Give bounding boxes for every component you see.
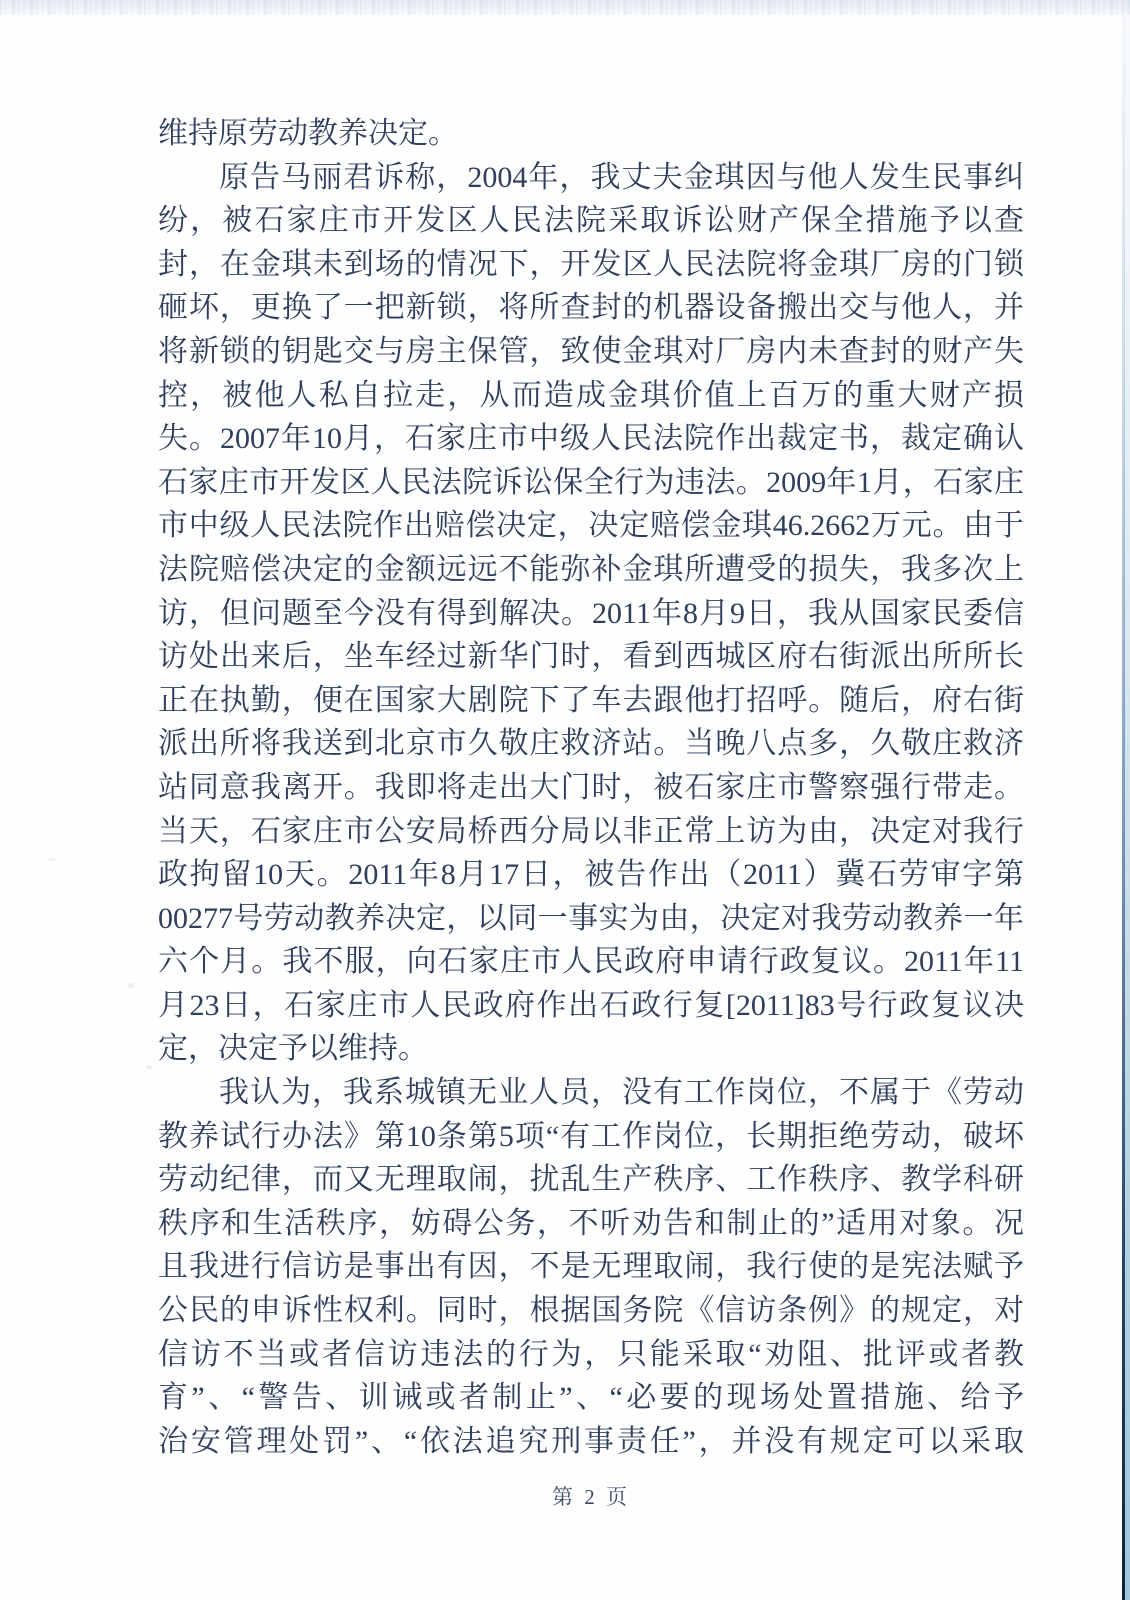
text-line: 月23日，石家庄市人民政府作出石政行复[2011]83号行政复议决: [158, 984, 1024, 1028]
text-line: 访，但问题至今没有得到解决。2011年8月9日，我从国家民委信: [158, 592, 1024, 636]
text-line: 纷，被石家庄市开发区人民法院采取诉讼财产保全措施予以查: [158, 199, 1024, 243]
text-line: 访处出来后，坐车经过新华门时，看到西城区府右街派出所所长: [158, 635, 1024, 679]
text-line: 站同意我离开。我即将走出大门时，被石家庄市警察强行带走。: [158, 766, 1024, 810]
scan-speck: [48, 858, 57, 861]
document-page: 维持原劳动教养决定。原告马丽君诉称，2004年，我丈夫金琪因与他人发生民事纠纷，…: [0, 0, 1130, 1600]
text-line: 石家庄市开发区人民法院诉讼保全行为违法。2009年1月，石家庄: [158, 461, 1024, 505]
text-line: 失。2007年10月，石家庄市中级人民法院作出裁定书，裁定确认: [158, 417, 1024, 461]
text-line: 00277号劳动教养决定，以同一事实为由，决定对我劳动教养一年: [158, 897, 1024, 941]
text-line: 六个月。我不服，向石家庄市人民政府申请行政复议。2011年11: [158, 940, 1024, 984]
text-line: 育”、“警告、训诫或者制止”、“必要的现场处置措施、给予: [158, 1376, 1024, 1420]
text-line: 维持原劳动教养决定。: [158, 112, 1024, 156]
text-line: 市中级人民法院作出赔偿决定，决定赔偿金琪46.2662万元。由于: [158, 504, 1024, 548]
text-line: 砸坏，更换了一把新锁，将所查封的机器设备搬出交与他人，并: [158, 286, 1024, 330]
text-line: 原告马丽君诉称，2004年，我丈夫金琪因与他人发生民事纠: [158, 156, 1024, 200]
text-line: 公民的申诉性权利。同时，根据国务院《信访条例》的规定，对: [158, 1289, 1024, 1333]
text-line: 控，被他人私自拉走，从而造成金琪价值上百万的重大财产损: [158, 374, 1024, 418]
document-body-text: 维持原劳动教养决定。原告马丽君诉称，2004年，我丈夫金琪因与他人发生民事纠纷，…: [158, 112, 1024, 1463]
page-number: 第 2 页: [158, 1481, 1024, 1511]
paragraph: 原告马丽君诉称，2004年，我丈夫金琪因与他人发生民事纠纷，被石家庄市开发区人民…: [158, 156, 1024, 1071]
text-line: 当天，石家庄市公安局桥西分局以非正常上访为由，决定对我行: [158, 810, 1024, 854]
text-line: 劳动纪律，而又无理取闹，扰乱生产秩序、工作秩序、教学科研: [158, 1158, 1024, 1202]
scan-noise-top: [0, 0, 1130, 15]
text-line: 治安管理处罚”、“依法追究刑事责任”，并没有规定可以采取: [158, 1420, 1024, 1464]
text-line: 正在执勤，便在国家大剧院下了车去跟他打招呼。随后，府右街: [158, 679, 1024, 723]
paragraph: 我认为，我系城镇无业人员，没有工作岗位，不属于《劳动教养试行办法》第10条第5项…: [158, 1071, 1024, 1463]
paragraph: 维持原劳动教养决定。: [158, 112, 1024, 156]
text-line: 派出所将我送到北京市久敬庄救济站。当晚八点多，久敬庄救济: [158, 722, 1024, 766]
text-line: 政拘留10天。2011年8月17日，被告作出（2011）冀石劳审字第: [158, 853, 1024, 897]
text-line: 教养试行办法》第10条第5项“有工作岗位，长期拒绝劳动，破坏: [158, 1115, 1024, 1159]
text-line: 封，在金琪未到场的情况下，开发区人民法院将金琪厂房的门锁: [158, 243, 1024, 287]
text-line: 法院赔偿决定的金额远远不能弥补金琪所遭受的损失，我多次上: [158, 548, 1024, 592]
text-line: 我认为，我系城镇无业人员，没有工作岗位，不属于《劳动: [158, 1071, 1024, 1115]
text-line: 且我进行信访是事出有因，不是无理取闹，我行使的是宪法赋予: [158, 1245, 1024, 1289]
scan-speck: [128, 983, 135, 988]
scan-edge-line: [1122, 0, 1125, 1600]
text-line: 定，决定予以维持。: [158, 1027, 1024, 1071]
text-line: 信访不当或者信访违法的行为，只能采取“劝阻、批评或者教: [158, 1333, 1024, 1377]
text-line: 将新锁的钥匙交与房主保管，致使金琪对厂房内未查封的财产失: [158, 330, 1024, 374]
text-line: 秩序和生活秩序，妨碍公务，不听劝告和制止的”适用对象。况: [158, 1202, 1024, 1246]
scan-speck: [146, 1065, 152, 1069]
